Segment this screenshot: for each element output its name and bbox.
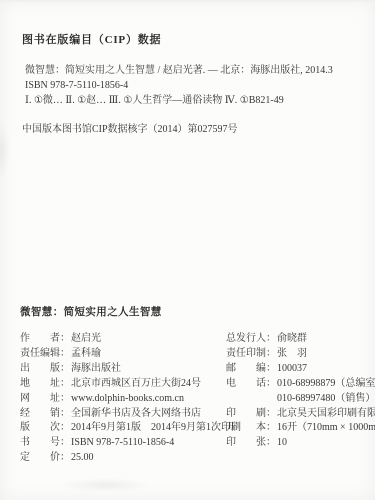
field-label: 电 话： bbox=[226, 378, 276, 389]
field-label: 出 版： bbox=[20, 363, 70, 374]
field-value: 海豚出版社 bbox=[71, 363, 121, 374]
field-value: www.dolphin-books.com.cn bbox=[71, 393, 184, 404]
cip-title-line: 微智慧：简短实用之人生智慧 / 赵启光著. — 北京：海豚出版社, 2014.3 bbox=[25, 64, 333, 79]
scan-smudge bbox=[60, 478, 150, 492]
colophon-row-distribution: 经 销：全国新华书店及各大网络书店 bbox=[20, 407, 241, 422]
colophon-row-price: 定 价：25.00 bbox=[20, 451, 241, 466]
colophon-row-postcode: 邮 编：100037 bbox=[226, 362, 375, 377]
field-label: 总发行人： bbox=[226, 333, 276, 344]
colophon-row-address: 地 址：北京市西城区百万庄大街24号 bbox=[20, 377, 241, 392]
field-value: 25.00 bbox=[71, 452, 94, 463]
cip-classification-line: Ⅰ. ①微… Ⅱ. ①赵… Ⅲ. ①人生哲学—通俗读物 Ⅳ. ①B821-49 bbox=[25, 94, 333, 109]
field-value: 16开（710mm × 1000mm） bbox=[277, 422, 375, 433]
field-value: 010-68997480（销售） bbox=[277, 393, 375, 404]
book-copyright-page: 图书在版编目（CIP）数据 微智慧：简短实用之人生智慧 / 赵启光著. — 北京… bbox=[0, 0, 375, 500]
book-title: 微智慧：简短实用之人生智慧 bbox=[20, 304, 162, 319]
field-value: 010-68998879（总编室） bbox=[277, 378, 375, 389]
colophon-row-print-supervisor: 责任印制：张 羽 bbox=[226, 347, 375, 362]
colophon-row-phone-1: 电 话：010-68998879（总编室） bbox=[226, 377, 375, 392]
field-value: 北京昊天国彩印刷有限公司 bbox=[277, 408, 375, 419]
field-label: 经 销： bbox=[20, 408, 70, 419]
colophon-row-chief-publisher: 总发行人：俞晓群 bbox=[226, 332, 375, 347]
field-value: 北京市西城区百万庄大街24号 bbox=[71, 378, 201, 389]
colophon-row-author: 作 者：赵启光 bbox=[20, 332, 241, 347]
field-label: 邮 编： bbox=[226, 363, 276, 374]
field-label: 责任编辑： bbox=[20, 348, 70, 359]
colophon-row-publisher: 出 版：海豚出版社 bbox=[20, 362, 241, 377]
field-value: 俞晓群 bbox=[277, 333, 307, 344]
colophon-row-phone-2: 010-68997480（销售） bbox=[226, 392, 375, 407]
field-value: 10 bbox=[277, 437, 287, 448]
field-label: 地 址： bbox=[20, 378, 70, 389]
field-label: 网 址： bbox=[20, 393, 70, 404]
field-label: 定 价： bbox=[20, 452, 70, 463]
colophon-row-format: 开 本：16开（710mm × 1000mm） bbox=[226, 421, 375, 436]
field-value: 100037 bbox=[277, 363, 307, 374]
field-label: 开 本： bbox=[226, 422, 276, 433]
field-value: 赵启光 bbox=[71, 333, 101, 344]
field-label: 版 次： bbox=[20, 422, 70, 433]
field-label: 作 者： bbox=[20, 333, 70, 344]
colophon-left-column: 作 者：赵启光 责任编辑：孟科瑜 出 版：海豚出版社 地 址：北京市西城区百万庄… bbox=[20, 332, 241, 466]
field-label bbox=[226, 393, 276, 404]
field-value: 孟科瑜 bbox=[71, 348, 101, 359]
colophon-row-isbn: 书 号：ISBN 978-7-5110-1856-4 bbox=[20, 436, 241, 451]
cip-isbn-line: ISBN 978-7-5110-1856-4 bbox=[25, 79, 333, 94]
field-label: 印 刷： bbox=[226, 408, 276, 419]
field-label: 印 张： bbox=[226, 437, 276, 448]
colophon-row-website: 网 址：www.dolphin-books.com.cn bbox=[20, 392, 241, 407]
field-value: 张 羽 bbox=[277, 348, 307, 359]
cip-data-block: 微智慧：简短实用之人生智慧 / 赵启光著. — 北京：海豚出版社, 2014.3… bbox=[25, 64, 333, 109]
colophon-row-editor: 责任编辑：孟科瑜 bbox=[20, 347, 241, 362]
field-label: 书 号： bbox=[20, 437, 70, 448]
field-value: 2014年9月第1版 2014年9月第1次印刷 bbox=[71, 422, 241, 433]
colophon-row-edition: 版 次：2014年9月第1版 2014年9月第1次印刷 bbox=[20, 421, 241, 436]
cip-heading: 图书在版编目（CIP）数据 bbox=[22, 31, 161, 47]
scan-smudge bbox=[0, 120, 10, 180]
colophon-row-sheets: 印 张：10 bbox=[226, 436, 375, 451]
cip-record-number: 中国版本图书馆CIP数据核字（2014）第027597号 bbox=[22, 120, 238, 135]
colophon-right-column: 总发行人：俞晓群 责任印制：张 羽 邮 编：100037 电 话：010-689… bbox=[226, 332, 375, 451]
field-value: 全国新华书店及各大网络书店 bbox=[71, 408, 201, 419]
field-value: ISBN 978-7-5110-1856-4 bbox=[71, 437, 174, 448]
colophon-row-printer: 印 刷：北京昊天国彩印刷有限公司 bbox=[226, 407, 375, 422]
field-label: 责任印制： bbox=[226, 348, 276, 359]
